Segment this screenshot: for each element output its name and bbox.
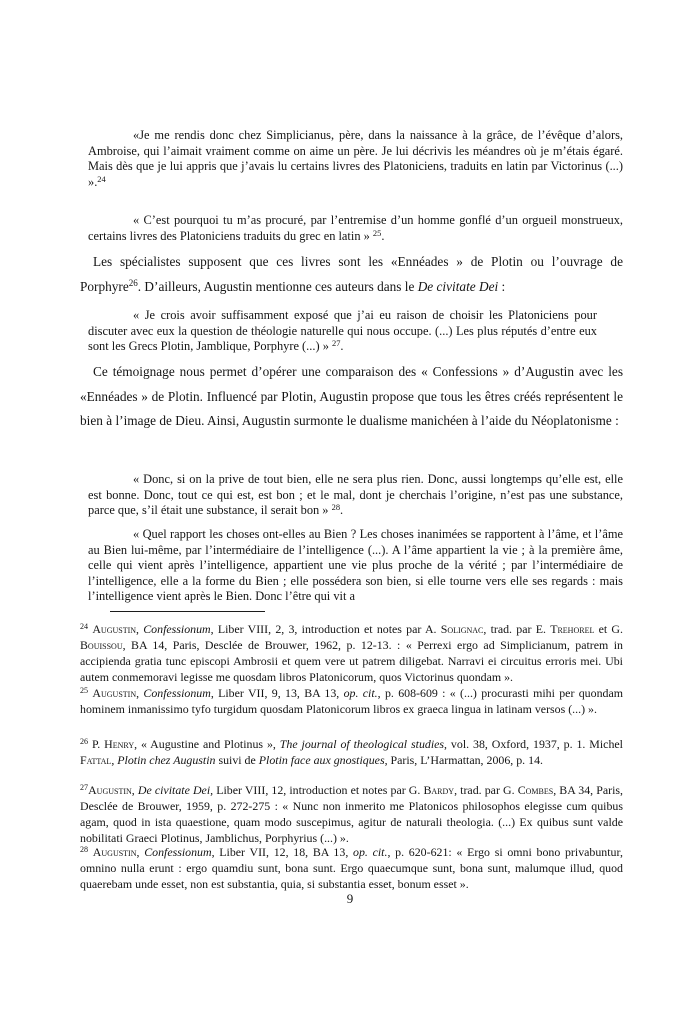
quote-paragraph-1: «Je me rendis donc chez Simplicianus, pè… <box>80 128 623 190</box>
quote-paragraph-3: « Je crois avoir suffisamment exposé que… <box>80 308 623 355</box>
footnote-27: 27Augustin, De civitate Dei, Liber VIII,… <box>80 782 623 846</box>
document-page: «Je me rendis donc chez Simplicianus, pè… <box>0 0 700 1028</box>
footnote-25: 25 Augustin, Confessionum, Liber VII, 9,… <box>80 685 623 717</box>
footnote-separator <box>110 611 265 612</box>
footnote-26: 26 P. Henry, « Augustine and Plotinus »,… <box>80 736 623 768</box>
quote-paragraph-2: « C’est pourquoi tu m’as procuré, par l’… <box>80 213 623 244</box>
quote-paragraph-4: « Donc, si on la prive de tout bien, ell… <box>80 472 623 519</box>
body-paragraph-1: Les spécialistes supposent que ces livre… <box>80 250 623 299</box>
footnote-28: 28 Augustin, Confessionum, Liber VII, 12… <box>80 844 623 892</box>
body-paragraph-2: Ce témoignage nous permet d’opérer une c… <box>80 360 623 434</box>
footnote-24: 24 Augustin, Confessionum, Liber VIII, 2… <box>80 621 623 685</box>
quote-paragraph-5: « Quel rapport les choses ont-elles au B… <box>80 527 623 605</box>
page-number: 9 <box>0 891 700 907</box>
